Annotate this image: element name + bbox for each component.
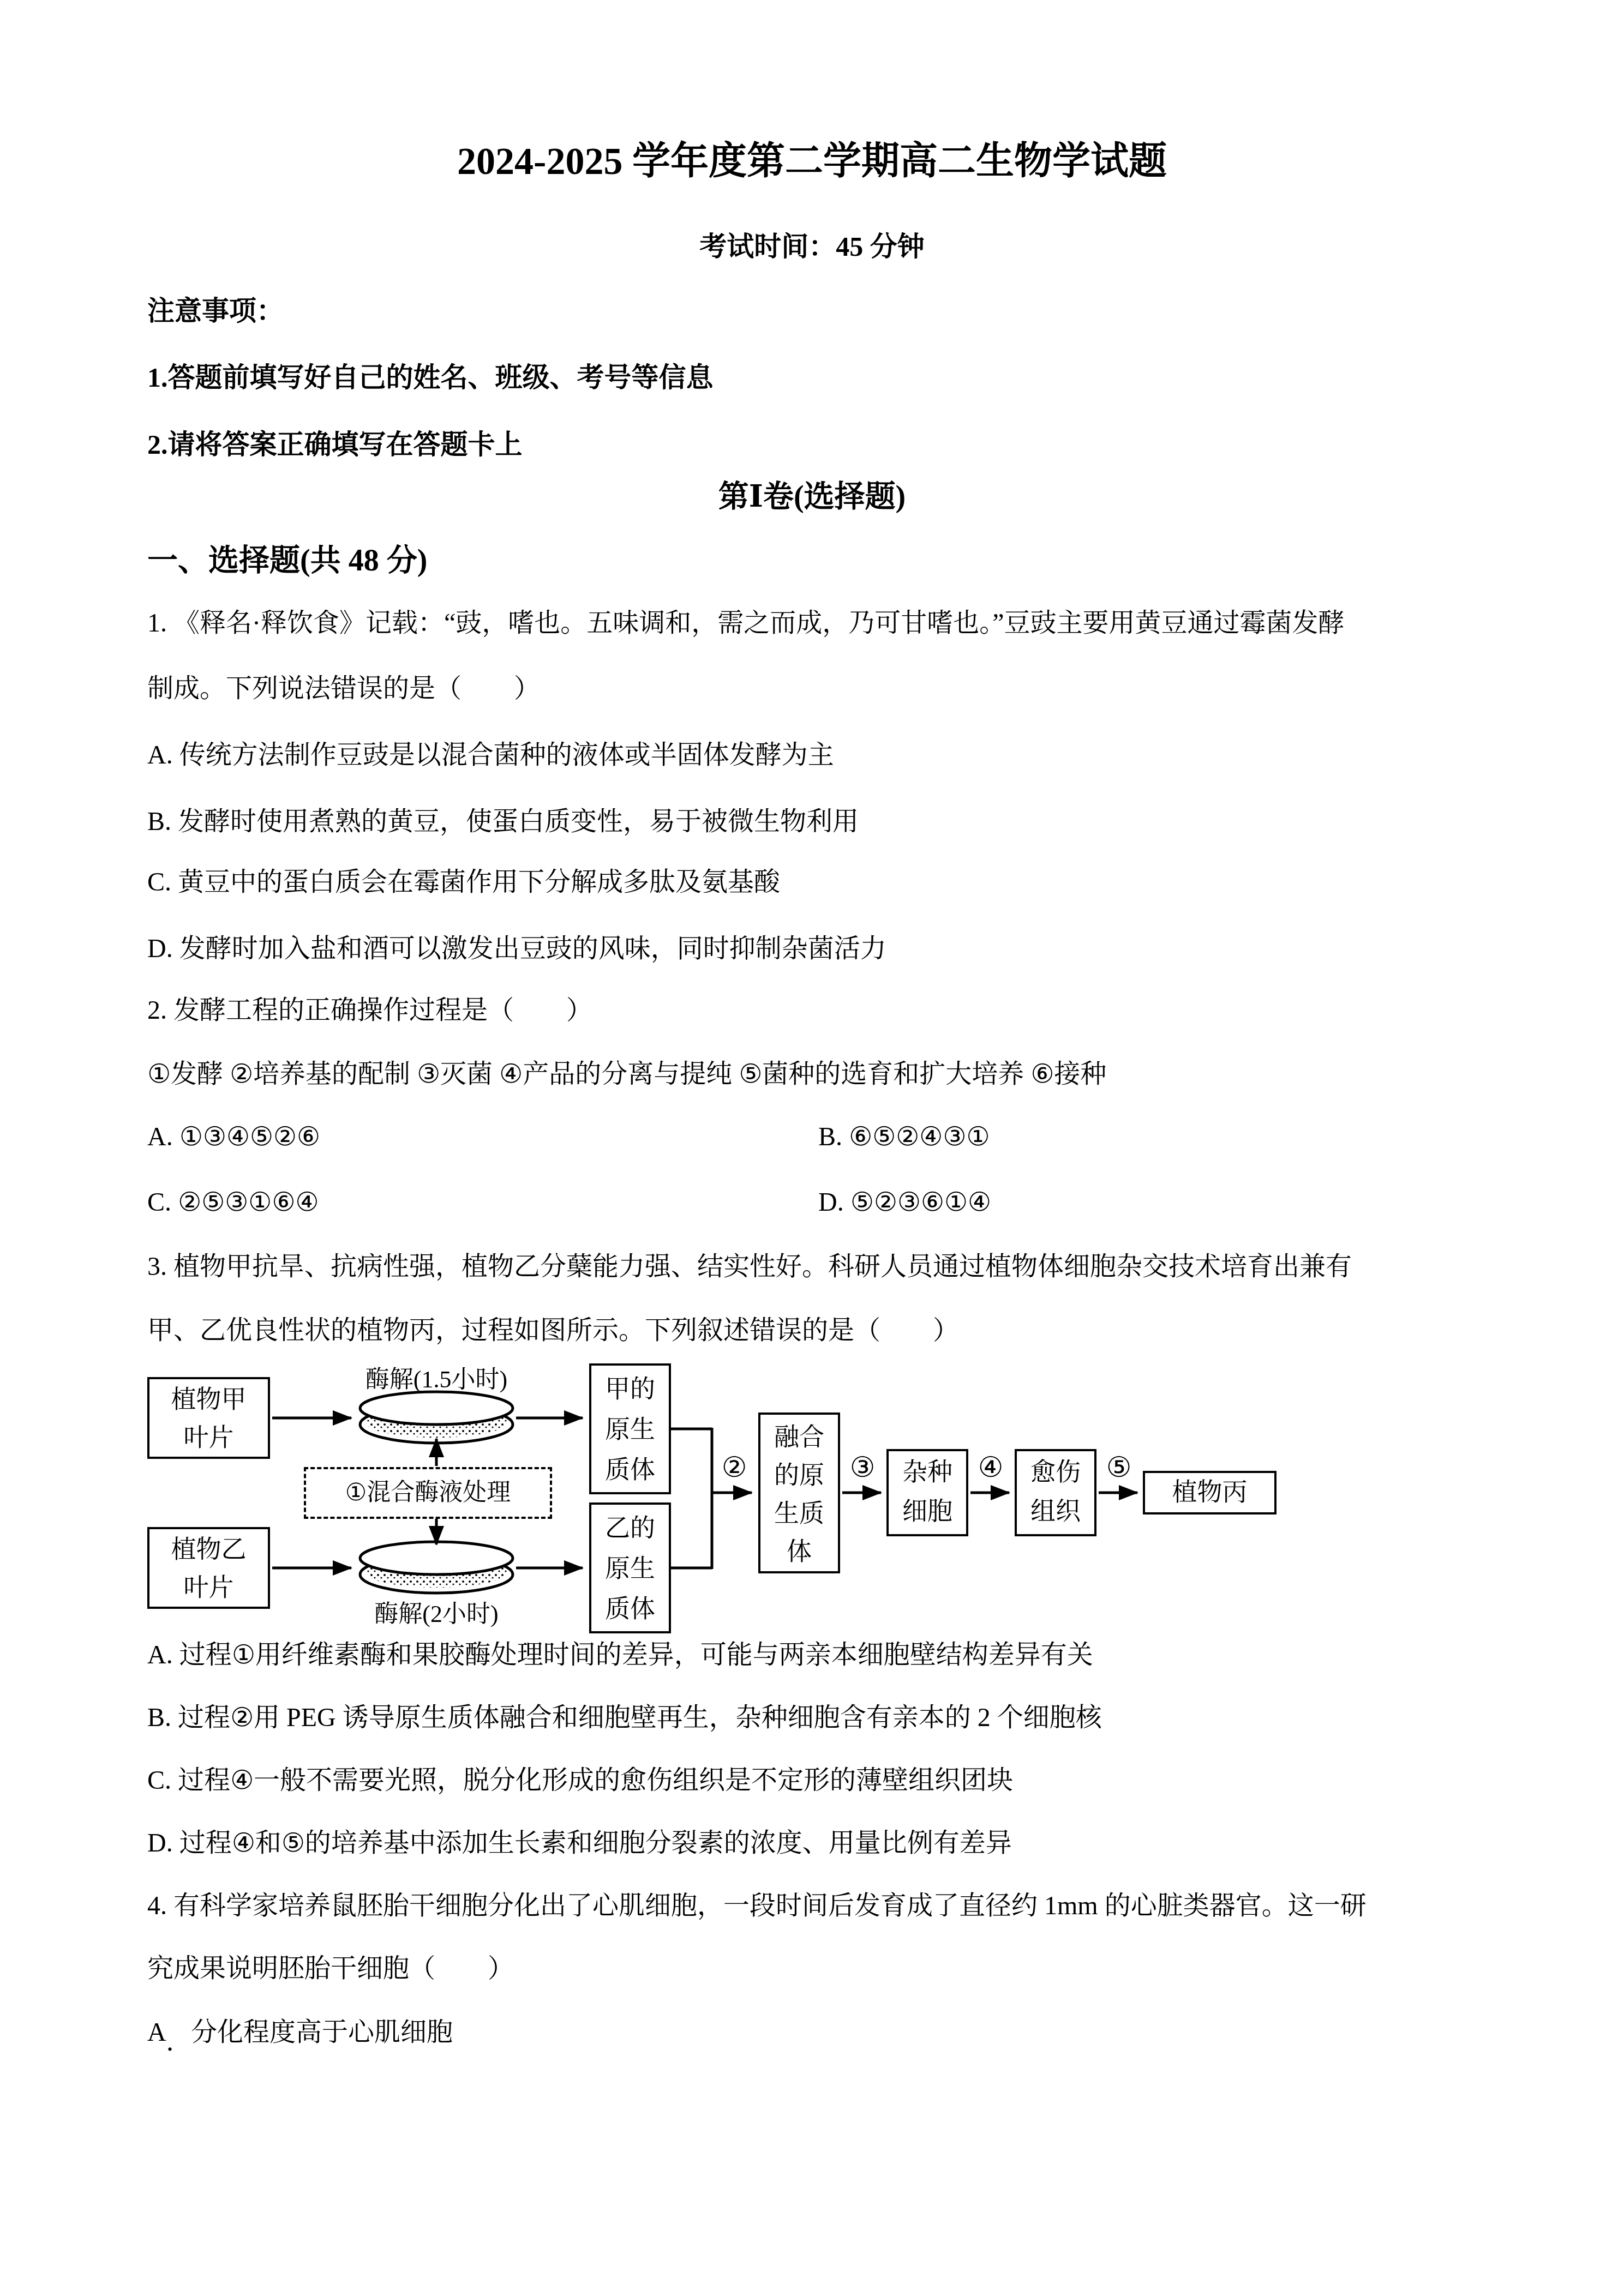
notice-item-2: 2.请将答案正确填写在答题卡上 — [147, 428, 523, 461]
petri-dish-a-icon — [360, 1392, 513, 1443]
q3-option-c: C. 过程④一般不需要光照，脱分化形成的愈伤组织是不定形的薄壁组织团块 — [147, 1764, 1013, 1797]
step-3-circled-number: ③ — [843, 1453, 882, 1483]
q1-stem-line2: 制成。下列说法错误的是（ ） — [147, 672, 540, 705]
q4-stem-line2: 究成果说明胚胎干细胞（ ） — [147, 1952, 514, 1985]
hybrid-cell-box: 杂种细胞 — [886, 1449, 968, 1536]
petri-dish-b-icon — [360, 1542, 513, 1593]
q2-stem: 2. 发酵工程的正确操作过程是（ ） — [147, 994, 592, 1027]
notice-item-1: 1.答题前填写好自己的姓名、班级、考号等信息 — [147, 361, 714, 394]
protoplast-a-box: 甲的原生质体 — [589, 1363, 671, 1494]
enzyme-time-label-bottom: 酶解(2小时) — [305, 1601, 567, 1628]
q2-option-d: D. ⑤②③⑥①④ — [818, 1186, 991, 1219]
stray-dot-artifact: . — [166, 2028, 173, 2056]
page-title: 2024-2025 学年度第二学期高二生物学试题 — [0, 139, 1624, 185]
protoplast-b-box: 乙的原生质体 — [589, 1502, 671, 1633]
step-2-circled-number: ② — [715, 1453, 753, 1483]
q3-stem-line1: 3. 植物甲抗旱、抗病性强，植物乙分蘖能力强、结实性好。科研人员通过植物体细胞杂… — [147, 1251, 1352, 1283]
q3-stem-line2: 甲、乙优良性状的植物丙，过程如图所示。下列叙述错误的是（ ） — [147, 1314, 959, 1347]
step-5-circled-number: ⑤ — [1100, 1453, 1138, 1483]
part-heading: 一、选择题(共 48 分) — [147, 543, 427, 579]
notice-heading: 注意事项： — [147, 294, 284, 327]
q1-option-c: C. 黄豆中的蛋白质会在霉菌作用下分解成多肽及氨基酸 — [147, 866, 780, 899]
q2-option-a: A. ①③④⑤②⑥ — [147, 1121, 320, 1153]
step-4-circled-number: ④ — [972, 1453, 1010, 1483]
callus-box: 愈伤组织 — [1015, 1449, 1096, 1536]
section-heading: 第Ⅰ卷(选择题) — [0, 479, 1624, 515]
enzyme-time-label-top: 酶解(1.5小时) — [305, 1366, 567, 1393]
q2-option-c: C. ②⑤③①⑥④ — [147, 1186, 319, 1219]
q3-option-b: B. 过程②用 PEG 诱导原生质体融合和细胞壁再生，杂种细胞含有亲本的 2 个… — [147, 1702, 1102, 1734]
q3-option-a: A. 过程①用纤维素酶和果胶酶处理时间的差异，可能与两亲本细胞壁结构差异有关 — [147, 1639, 1093, 1672]
q1-option-d: D. 发酵时加入盐和酒可以激发出豆豉的风味，同时抑制杂菌活力 — [147, 933, 886, 965]
exam-time: 考试时间：45 分钟 — [0, 230, 1624, 263]
q3-cell-fusion-diagram: 酶解(1.5小时) 植物甲叶片 甲的原生质体 ①混合酶液处理 植物乙叶片 乙的原… — [147, 1363, 1287, 1636]
q2-option-b: B. ⑥⑤②④③① — [818, 1121, 990, 1153]
q3-option-d: D. 过程④和⑤的培养基中添加生长素和细胞分裂素的浓度、用量比例有差异 — [147, 1827, 1012, 1860]
q1-option-a: A. 传统方法制作豆豉是以混合菌种的液体或半固体发酵为主 — [147, 739, 834, 772]
exam-paper-page: 2024-2025 学年度第二学期高二生物学试题 考试时间：45 分钟 注意事项… — [0, 0, 1624, 2296]
q4-option-a: A 分化程度高于心肌细胞 — [147, 2016, 453, 2049]
q2-steps: ①发酵 ②培养基的配制 ③灭菌 ④产品的分离与提纯 ⑤菌种的选育和扩大培养 ⑥接… — [147, 1058, 1106, 1091]
plant-b-leaf-box: 植物乙叶片 — [147, 1527, 270, 1609]
q1-stem-line1: 1. 《释名·释饮食》记载：“豉，嗜也。五味调和，需之而成，乃可甘嗜也。”豆豉主… — [147, 607, 1345, 640]
fused-protoplast-box: 融合的原生质体 — [758, 1413, 840, 1573]
q4-stem-line1: 4. 有科学家培养鼠胚胎干细胞分化出了心肌细胞，一段时间后发育成了直径约 1mm… — [147, 1890, 1367, 1922]
plant-a-leaf-box: 植物甲叶片 — [147, 1377, 270, 1459]
mixed-enzyme-box: ①混合酶液处理 — [304, 1467, 552, 1519]
q1-option-b: B. 发酵时使用煮熟的黄豆，使蛋白质变性，易于被微生物利用 — [147, 806, 859, 838]
plant-c-box: 植物丙 — [1143, 1471, 1277, 1514]
